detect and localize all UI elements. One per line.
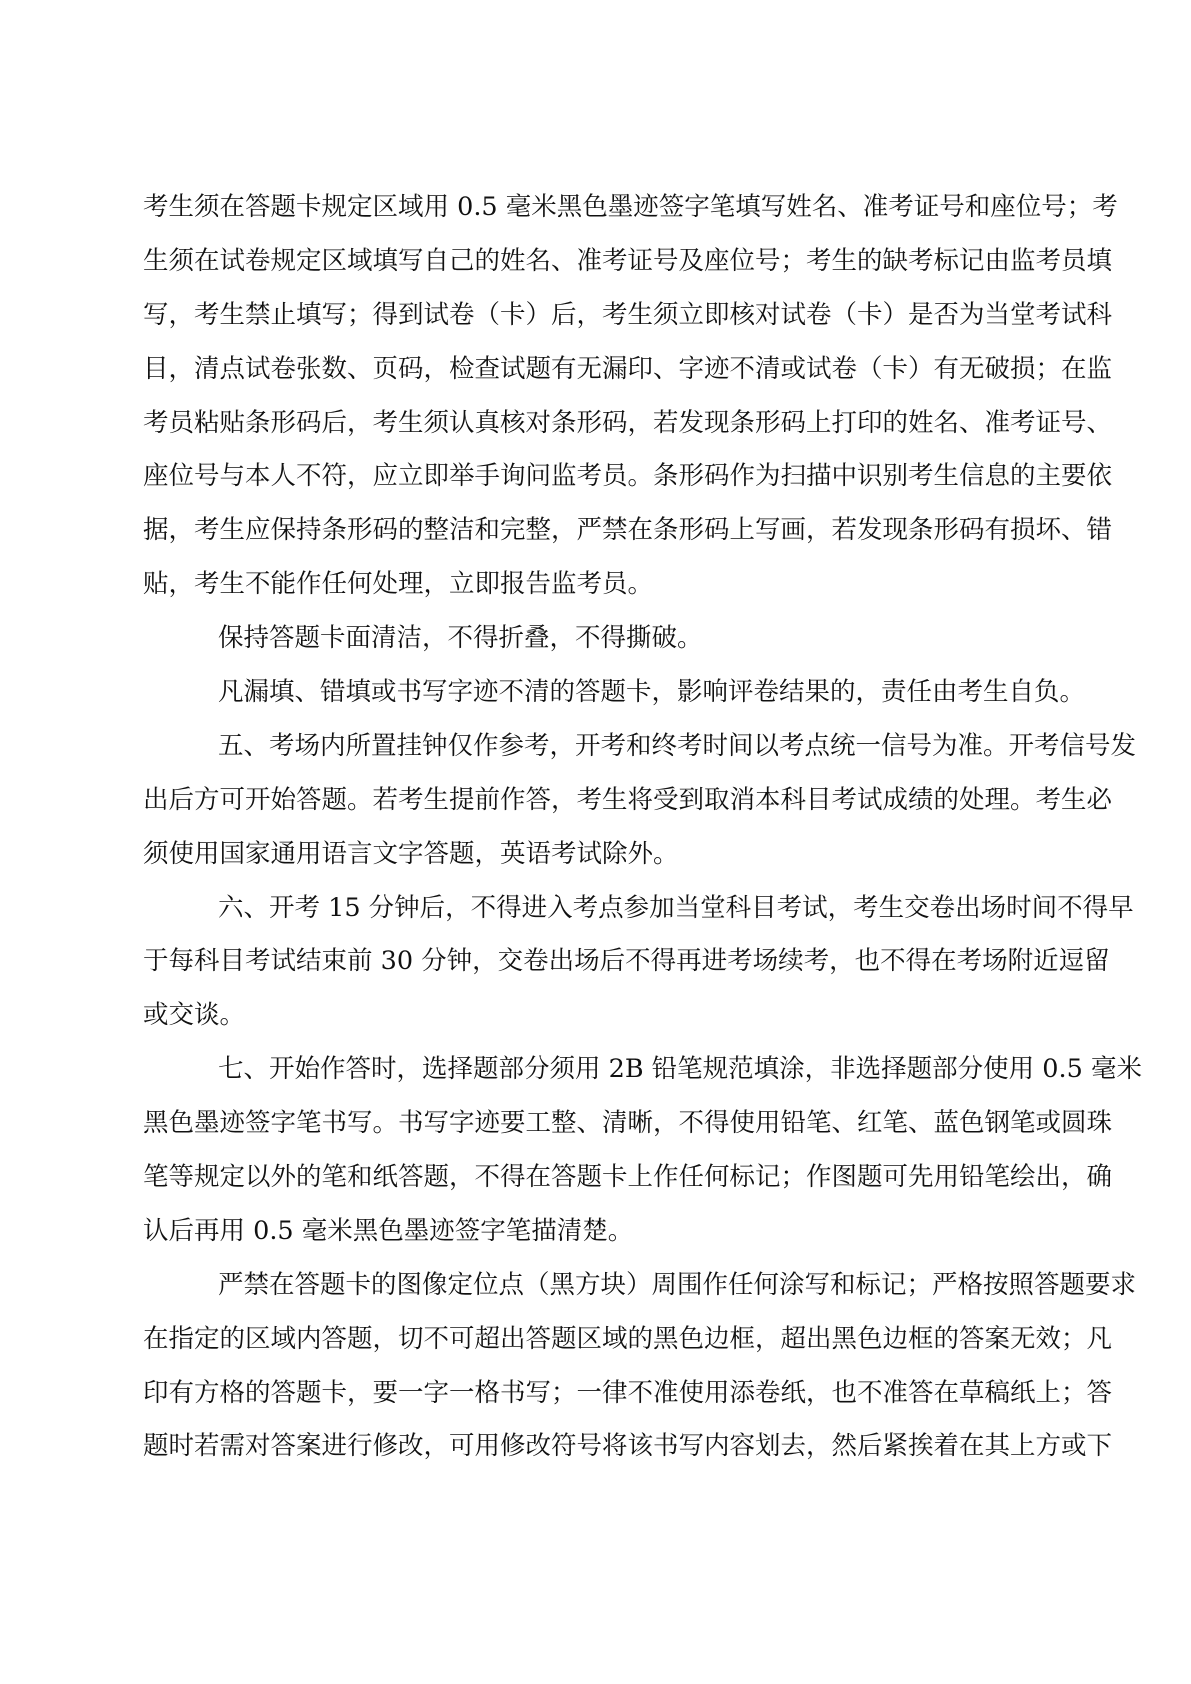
text-line: 写，考生禁止填写；得到试卷（卡）后，考生须立即核对试卷（卡）是否为当堂考试科	[143, 294, 1049, 348]
text-line: 认后再用 0.5 毫米黑色墨迹签字笔描清楚。	[143, 1210, 1049, 1264]
text-line: 或交谈。	[143, 994, 1049, 1048]
text-line: 题时若需对答案进行修改，可用修改符号将该书写内容划去，然后紧挨着在其上方或下	[143, 1425, 1049, 1479]
text-line: 座位号与本人不符，应立即举手询问监考员。条形码作为扫描中识别考生信息的主要依	[143, 455, 1049, 509]
text-line: 考生须在答题卡规定区域用 0.5 毫米黑色墨迹签字笔填写姓名、准考证号和座位号；…	[143, 186, 1049, 240]
section-heading-line-5: 五、考场内所置挂钟仅作参考，开考和终考时间以考点统一信号为准。开考信号发	[143, 725, 1049, 779]
paragraph-start-line: 严禁在答题卡的图像定位点（黑方块）周围作任何涂写和标记；严格按照答题要求	[143, 1264, 1049, 1318]
text-line: 目，清点试卷张数、页码，检查试题有无漏印、字迹不清或试卷（卡）有无破损；在监	[143, 348, 1049, 402]
text-line: 于每科目考试结束前 30 分钟，交卷出场后不得再进考场续考，也不得在考场附近逗留	[143, 940, 1049, 994]
text-line: 在指定的区域内答题，切不可超出答题区域的黑色边框，超出黑色边框的答案无效；凡	[143, 1318, 1049, 1372]
paragraph-start-line: 凡漏填、错填或书写字迹不清的答题卡，影响评卷结果的，责任由考生自负。	[143, 671, 1049, 725]
text-line: 据，考生应保持条形码的整洁和完整，严禁在条形码上写画，若发现条形码有损坏、错	[143, 509, 1049, 563]
text-line: 出后方可开始答题。若考生提前作答，考生将受到取消本科目考试成绩的处理。考生必	[143, 779, 1049, 833]
text-line: 印有方格的答题卡，要一字一格书写；一律不准使用添卷纸，也不准答在草稿纸上；答	[143, 1372, 1049, 1426]
text-line: 贴，考生不能作任何处理，立即报告监考员。	[143, 563, 1049, 617]
section-heading-line-6: 六、开考 15 分钟后，不得进入考点参加当堂科目考试，考生交卷出场时间不得早	[143, 887, 1049, 941]
text-line: 须使用国家通用语言文字答题，英语考试除外。	[143, 833, 1049, 887]
text-line: 生须在试卷规定区域填写自己的姓名、准考证号及座位号；考生的缺考标记由监考员填	[143, 240, 1049, 294]
document-page: 考生须在答题卡规定区域用 0.5 毫米黑色墨迹签字笔填写姓名、准考证号和座位号；…	[0, 0, 1191, 1684]
section-heading-line-7: 七、开始作答时，选择题部分须用 2B 铅笔规范填涂，非选择题部分使用 0.5 毫…	[143, 1048, 1049, 1102]
text-line: 黑色墨迹签字笔书写。书写字迹要工整、清晰，不得使用铅笔、红笔、蓝色钢笔或圆珠	[143, 1102, 1049, 1156]
text-line: 笔等规定以外的笔和纸答题，不得在答题卡上作任何标记；作图题可先用铅笔绘出，确	[143, 1156, 1049, 1210]
body-text: 考生须在答题卡规定区域用 0.5 毫米黑色墨迹签字笔填写姓名、准考证号和座位号；…	[143, 186, 1049, 1479]
text-line: 考员粘贴条形码后，考生须认真核对条形码，若发现条形码上打印的姓名、准考证号、	[143, 402, 1049, 456]
paragraph-start-line: 保持答题卡面清洁，不得折叠，不得撕破。	[143, 617, 1049, 671]
